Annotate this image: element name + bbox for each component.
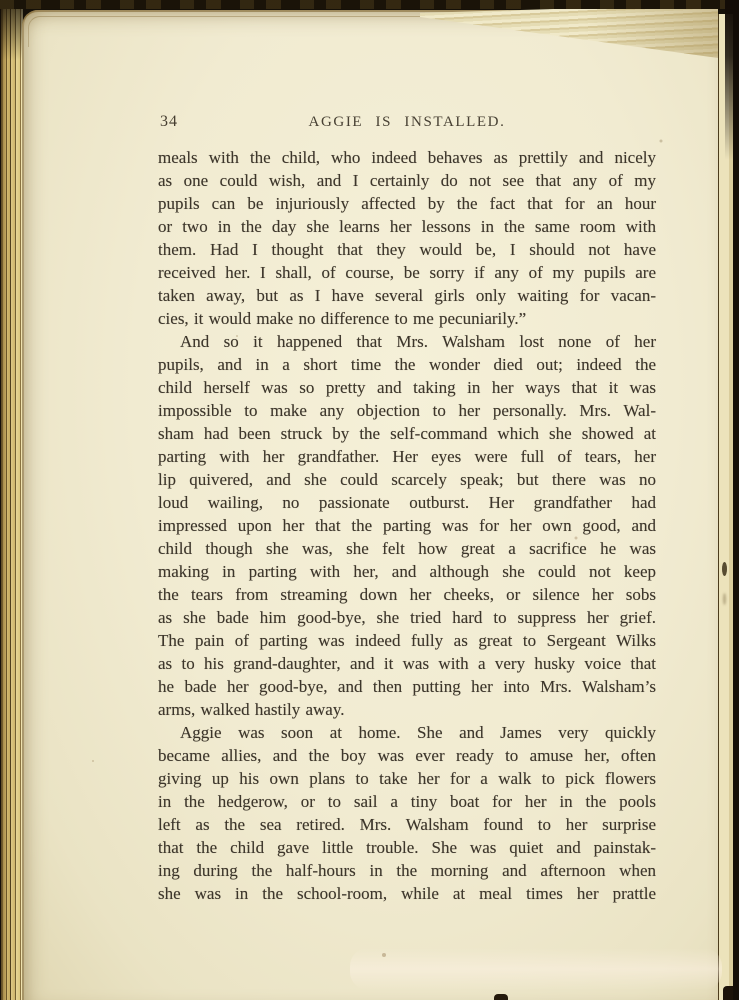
text-line: he bade her good-bye, and then putting h… bbox=[158, 675, 656, 698]
scanned-book-page: { "book_page": { "page_number": "34", "r… bbox=[0, 0, 739, 1000]
text-line: And so it happened that Mrs. Walsham los… bbox=[158, 330, 656, 353]
text-line: that the child gave little trouble. She … bbox=[158, 836, 656, 859]
text-line: Aggie was soon at home. She and James ve… bbox=[158, 721, 656, 744]
text-line: as she bade him good-bye, she tried hard… bbox=[158, 606, 656, 629]
text-line: child though she was, she felt how great… bbox=[158, 537, 656, 560]
text-line: as one could wish, and I certainly do no… bbox=[158, 169, 656, 192]
book-left-page-edges bbox=[0, 0, 23, 1000]
printed-content: 34 AGGIE IS INSTALLED. meals with the ch… bbox=[158, 113, 656, 905]
paper-specks bbox=[0, 0, 2, 2]
text-line: taken away, but as I have several girls … bbox=[158, 284, 656, 307]
text-line: lip quivered, and she could scarcely spe… bbox=[158, 468, 656, 491]
text-line: impossible to make any objection to her … bbox=[158, 399, 656, 422]
running-head: 34 AGGIE IS INSTALLED. bbox=[158, 113, 656, 131]
text-line: as to his grand-daughter, and it was wit… bbox=[158, 652, 656, 675]
page-edge-blemish bbox=[722, 562, 727, 576]
text-line: making in parting with her, and although… bbox=[158, 560, 656, 583]
running-header-title: AGGIE IS INSTALLED. bbox=[309, 114, 506, 130]
scan-top-right-shadow bbox=[725, 0, 739, 160]
text-line: parting with her grandfather. Her eyes w… bbox=[158, 445, 656, 468]
text-line: ing during the half-hours in the morning… bbox=[158, 859, 656, 882]
text-line: loud wailing, no passionate outburst. He… bbox=[158, 491, 656, 514]
page-number: 34 bbox=[160, 113, 178, 131]
scan-top-border bbox=[0, 0, 739, 9]
text-line: became allies, and the boy was ever read… bbox=[158, 744, 656, 767]
text-line: in the hedgerow, or to sail a tiny boat … bbox=[158, 790, 656, 813]
text-line: sham had been struck by the self-command… bbox=[158, 422, 656, 445]
text-line: left as the sea retired. Mrs. Walsham fo… bbox=[158, 813, 656, 836]
text-line: meals with the child, who indeed behaves… bbox=[158, 146, 656, 169]
text-line: them. Had I thought that they would be, … bbox=[158, 238, 656, 261]
text-block: meals with the child, who indeed behaves… bbox=[158, 146, 656, 905]
text-line: received her. I shall, of course, be sor… bbox=[158, 261, 656, 284]
text-line: the tears from streaming down her cheeks… bbox=[158, 583, 656, 606]
text-line: impressed upon her that the parting was … bbox=[158, 514, 656, 537]
text-line: she was in the school-room, while at mea… bbox=[158, 882, 656, 905]
text-line: pupils, and in a short time the wonder d… bbox=[158, 353, 656, 376]
text-line: child herself was so pretty and taking i… bbox=[158, 376, 656, 399]
text-line: pupils can be injuriously affected by th… bbox=[158, 192, 656, 215]
text-line: cies, it would make no difference to me … bbox=[158, 307, 656, 330]
scanner-light-streak bbox=[350, 948, 722, 990]
scan-bottom-corner-mark bbox=[723, 986, 733, 1000]
book-right-page-edge bbox=[718, 14, 733, 1000]
text-line: or two in the day she learns her lessons… bbox=[158, 215, 656, 238]
text-line: giving up his own plans to take her for … bbox=[158, 767, 656, 790]
text-line: The pain of parting was indeed fully as … bbox=[158, 629, 656, 652]
text-line: arms, walked hastily away. bbox=[158, 698, 656, 721]
scan-bottom-mark bbox=[494, 994, 508, 1000]
